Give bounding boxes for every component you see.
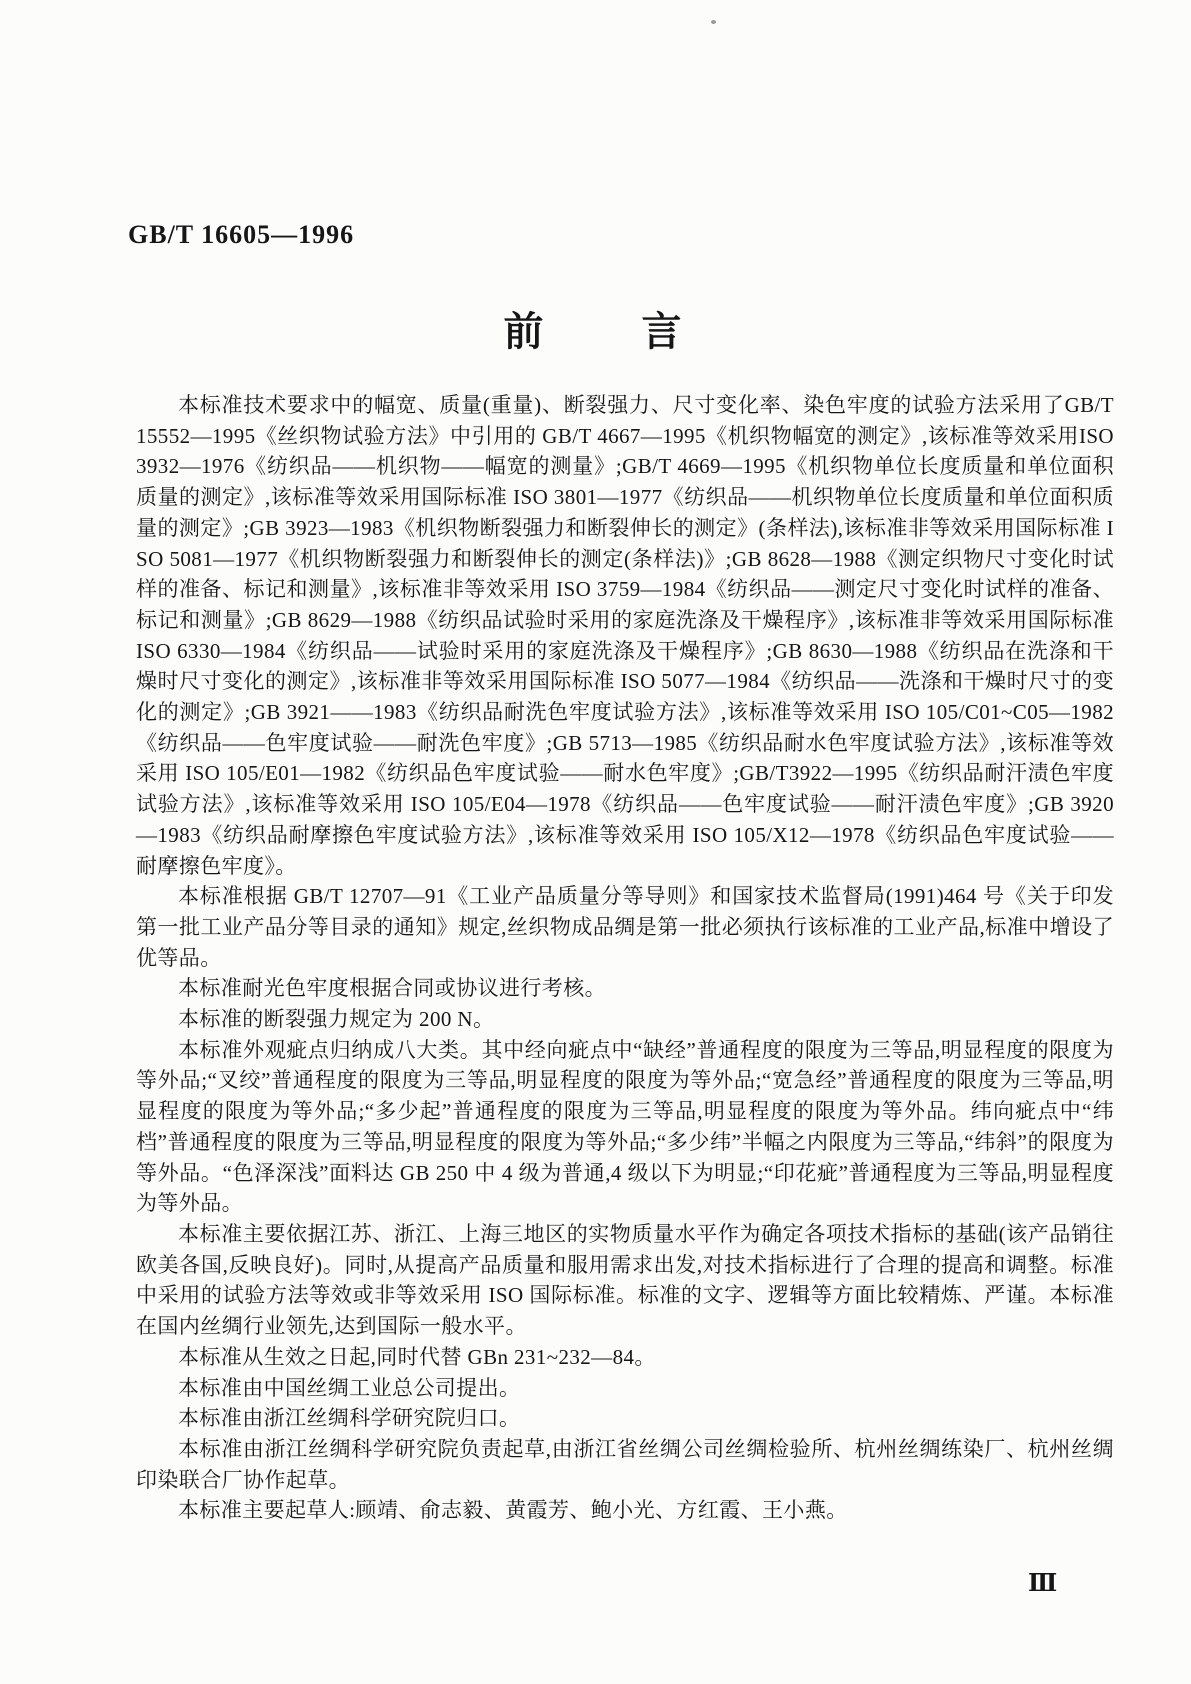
foreword-paragraph-5: 本标准外观疵点归纳成八大类。其中经向疵点中“缺经”普通程度的限度为三等品,明显程…: [136, 1035, 1114, 1219]
document-page: GB/T 16605—1996 前 言 本标准技术要求中的幅宽、质量(重量)、断…: [0, 0, 1191, 1684]
page-number: Ⅲ: [1028, 1568, 1057, 1598]
scan-speck: [711, 20, 716, 24]
foreword-body: 本标准技术要求中的幅宽、质量(重量)、断裂强力、尺寸变化率、染色牢度的试验方法采…: [136, 390, 1114, 1526]
page-title: 前 言: [0, 308, 1191, 356]
foreword-paragraph-6: 本标准主要依据江苏、浙江、上海三地区的实物质量水平作为确定各项技术指标的基础(该…: [136, 1219, 1114, 1342]
foreword-paragraph-4: 本标准的断裂强力规定为 200 N。: [136, 1004, 1114, 1035]
foreword-paragraph-2: 本标准根据 GB/T 12707—91《工业产品质量分等导则》和国家技术监督局(…: [136, 881, 1114, 973]
foreword-paragraph-1: 本标准技术要求中的幅宽、质量(重量)、断裂强力、尺寸变化率、染色牢度的试验方法采…: [136, 390, 1114, 881]
foreword-paragraph-7: 本标准从生效之日起,同时代替 GBn 231~232—84。: [136, 1342, 1114, 1373]
standard-number: GB/T 16605—1996: [128, 220, 354, 250]
foreword-paragraph-3: 本标准耐光色牢度根据合同或协议进行考核。: [136, 973, 1114, 1004]
foreword-paragraph-10: 本标准由浙江丝绸科学研究院负责起草,由浙江省丝绸公司丝绸检验所、杭州丝绸练染厂、…: [136, 1434, 1114, 1495]
foreword-paragraph-11: 本标准主要起草人:顾靖、俞志毅、黄霞芳、鲍小光、方红霞、王小燕。: [136, 1495, 1114, 1526]
foreword-paragraph-9: 本标准由浙江丝绸科学研究院归口。: [136, 1403, 1114, 1434]
foreword-paragraph-8: 本标准由中国丝绸工业总公司提出。: [136, 1373, 1114, 1404]
